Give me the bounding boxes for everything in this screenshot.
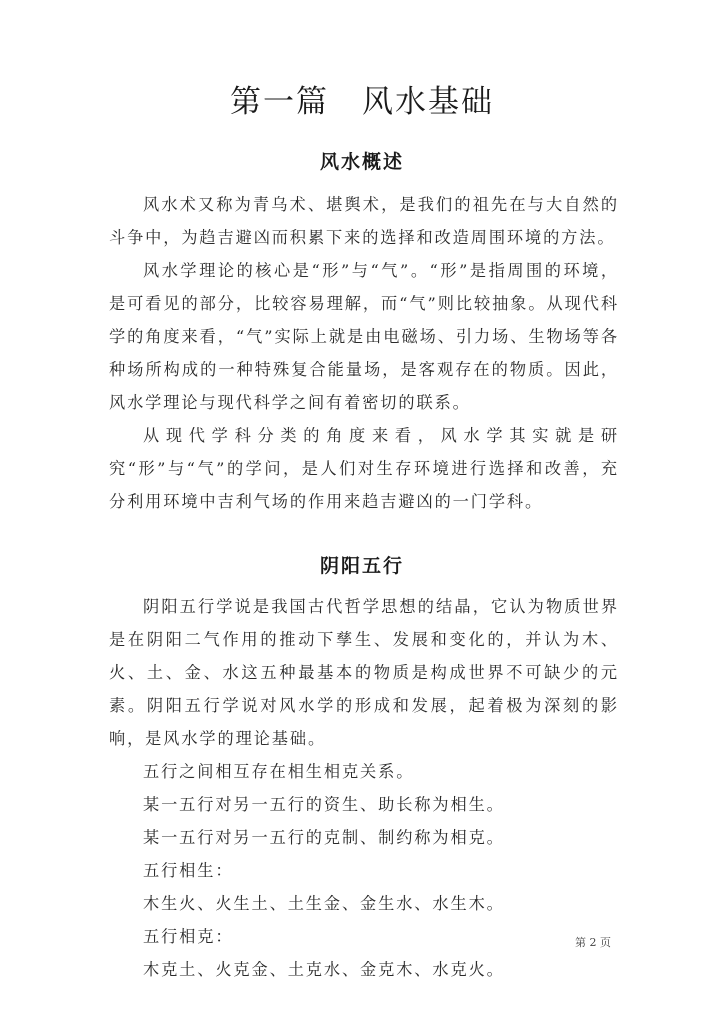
page-number: 第 2 页 <box>575 934 611 950</box>
chapter-title: 第一篇 风水基础 <box>0 76 724 121</box>
document-page: 第一篇 风水基础 风水概述 风水术又称为青乌术、堪舆术，是我们的祖先在与大自然的… <box>0 0 724 1024</box>
section-body-overview: 风水术又称为青乌术、堪舆术，是我们的祖先在与大自然的斗争中，为趋吉避凶而积累下来… <box>109 188 619 518</box>
paragraph: 阴阳五行学说是我国古代哲学思想的结晶，它认为物质世界是在阴阳二气作用的推动下孳生… <box>109 590 619 755</box>
paragraph: 风水术又称为青乌术、堪舆术，是我们的祖先在与大自然的斗争中，为趋吉避凶而积累下来… <box>109 188 619 254</box>
section-body-yinyang: 阴阳五行学说是我国古代哲学思想的结晶，它认为物质世界是在阴阳二气作用的推动下孳生… <box>109 590 619 986</box>
paragraph: 五行相生： <box>109 854 619 887</box>
paragraph: 某一五行对另一五行的克制、制约称为相克。 <box>109 821 619 854</box>
section-heading-yinyang: 阴阳五行 <box>0 551 724 578</box>
paragraph: 木克土、火克金、土克水、金克木、水克火。 <box>109 953 619 986</box>
paragraph: 木生火、火生土、土生金、金生水、水生木。 <box>109 887 619 920</box>
paragraph: 风水学理论的核心是“形”与“气”。“形”是指周围的环境，是可看见的部分，比较容易… <box>109 254 619 419</box>
paragraph: 某一五行对另一五行的资生、助长称为相生。 <box>109 788 619 821</box>
section-heading-overview: 风水概述 <box>0 147 724 174</box>
paragraph: 从现代学科分类的角度来看，风水学其实就是研究“形”与“气”的学问，是人们对生存环… <box>109 419 619 518</box>
paragraph: 五行相克： <box>109 920 619 953</box>
paragraph: 五行之间相互存在相生相克关系。 <box>109 755 619 788</box>
